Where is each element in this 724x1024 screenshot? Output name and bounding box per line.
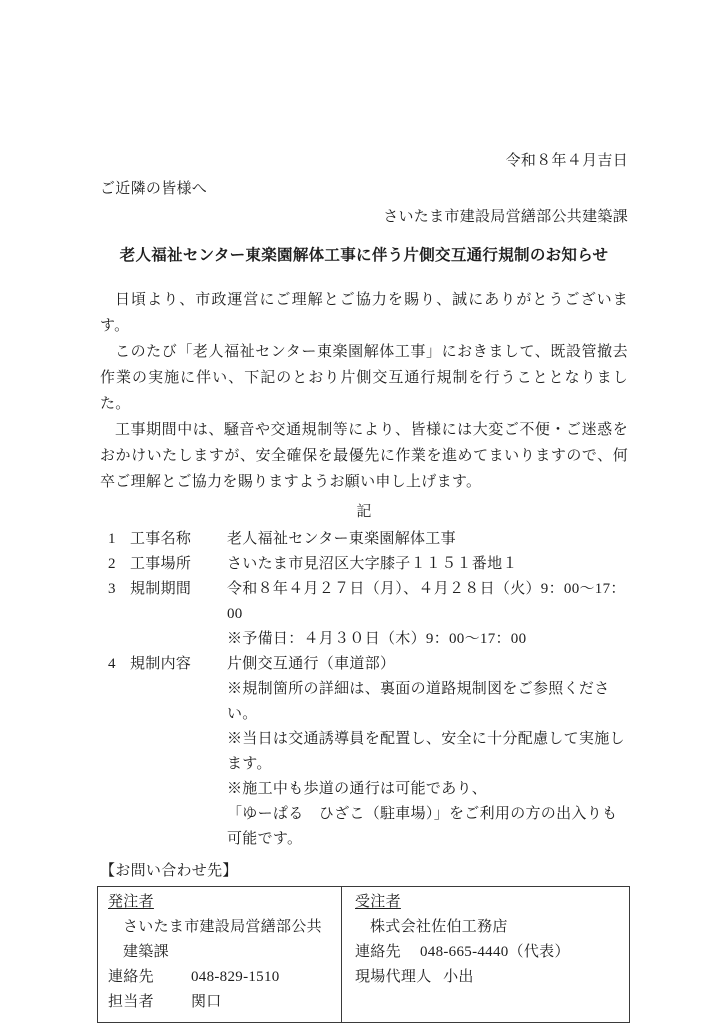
paragraph-apology: 工事期間中は、騒音や交通規制等により、皆様には大変ご不便・ご迷惑をおかけいたしま… [100,417,628,495]
item-number: 3 [108,577,130,627]
item-value: さいたま市見沼区大字膝子１１５１番地１ [227,552,628,577]
contractor-tel-label: 連絡先 [355,944,401,960]
contact-section-heading: 【お問い合わせ先】 [100,858,628,884]
item-label: 工事場所 [130,552,227,577]
paragraph-greeting: 日頃より、市政運営にご理解とご協力を賜り、誠にありがとうございます。 [100,287,628,339]
item-note-map: ※規制箇所の詳細は、裏面の道路規制図をご参照ください。 [100,677,628,727]
paragraph-announcement: このたび「老人福祉センター東楽園解体工事」におきまして、既設管撤去作業の実施に伴… [100,339,628,417]
item-value: ※施工中も歩道の通行は可能であり、 [227,777,628,802]
item-label: 規制内容 [130,652,227,677]
orderer-phone-number: 048-829-1510 [191,969,280,985]
item-value: ※当日は交通誘導員を配置し、安全に十分配慮して実施します。 [227,727,628,777]
item-regulation-period: 3 規制期間 令和８年４月２７日（月）、４月２８日（火）9：00～17：00 [100,577,628,627]
item-value: 老人福祉センター東楽園解体工事 [227,527,628,552]
contractor-person-row: 現場代理人 小出 [355,965,621,990]
orderer-organization: さいたま市建設局営繕部公共建築課 [108,915,333,965]
contractor-organization: 株式会社佐伯工務店 [355,915,621,940]
item-work-location: 2 工事場所 さいたま市見沼区大字膝子１１５１番地１ [100,552,628,577]
document-title: 老人福祉センター東楽園解体工事に伴う片側交互通行規制のお知らせ [100,242,628,270]
item-value: 片側交互通行（車道部） [227,652,628,677]
sender-department: さいたま市建設局営繕部公共建築課 [100,203,628,231]
recipient-line: ご近隣の皆様へ [100,175,628,203]
item-note-guards: ※当日は交通誘導員を配置し、安全に十分配慮して実施します。 [100,727,628,777]
orderer-person-label: 担当者 [108,994,154,1010]
item-label: 規制期間 [130,577,227,627]
document-date: 令和８年４月吉日 [100,147,628,175]
body-paragraphs: 日頃より、市政運営にご理解とご協力を賜り、誠にありがとうございます。 このたび「… [100,287,628,495]
item-note-sidewalk: ※施工中も歩道の通行は可能であり、 [100,777,628,802]
item-value: 「ゆーぱる ひざこ（駐車場）」をご利用の方の出入りも可能です。 [227,802,628,852]
contact-orderer-cell: 発注者 さいたま市建設局営繕部公共建築課 連絡先 048-829-1510 担当… [98,887,341,1022]
item-note-parking: 「ゆーぱる ひざこ（駐車場）」をご利用の方の出入りも可能です。 [100,802,628,852]
item-work-name: 1 工事名称 老人福祉センター東楽園解体工事 [100,527,628,552]
notice-mark: 記 [100,499,628,526]
item-label: 工事名称 [130,527,227,552]
contractor-person-label: 現場代理人 [355,969,432,985]
item-number: 2 [108,552,130,577]
orderer-role-label: 発注者 [108,894,154,910]
notice-items-list: 1 工事名称 老人福祉センター東楽園解体工事 2 工事場所 さいたま市見沼区大字… [100,527,628,852]
orderer-tel-label: 連絡先 [108,969,154,985]
contact-box: 発注者 さいたま市建設局営繕部公共建築課 連絡先 048-829-1510 担当… [97,886,630,1023]
contractor-person-name: 小出 [443,969,474,985]
contractor-role-label: 受注者 [355,894,401,910]
orderer-contact-row: 連絡先 048-829-1510 [108,965,333,990]
item-regulation-content: 4 規制内容 片側交互通行（車道部） [100,652,628,677]
item-number: 1 [108,527,130,552]
notice-document-page: 令和８年４月吉日 ご近隣の皆様へ さいたま市建設局営繕部公共建築課 老人福祉セン… [0,0,724,1024]
item-number: 4 [108,652,130,677]
contact-contractor-cell: 受注者 株式会社佐伯工務店 連絡先 048-665-4440（代表） 現場代理人… [341,887,629,1022]
item-value: ※予備日：４月３０日（木）9：00～17：00 [227,627,628,652]
item-value: 令和８年４月２７日（月）、４月２８日（火）9：00～17：00 [227,577,628,627]
item-value: ※規制箇所の詳細は、裏面の道路規制図をご参照ください。 [227,677,628,727]
contractor-phone-number: 048-665-4440（代表） [420,944,570,960]
item-regulation-period-backup: ※予備日：４月３０日（木）9：00～17：00 [100,627,628,652]
contractor-contact-row: 連絡先 048-665-4440（代表） [355,940,621,965]
orderer-person-name: 関口 [191,994,222,1010]
orderer-person-row: 担当者 関口 [108,990,333,1015]
